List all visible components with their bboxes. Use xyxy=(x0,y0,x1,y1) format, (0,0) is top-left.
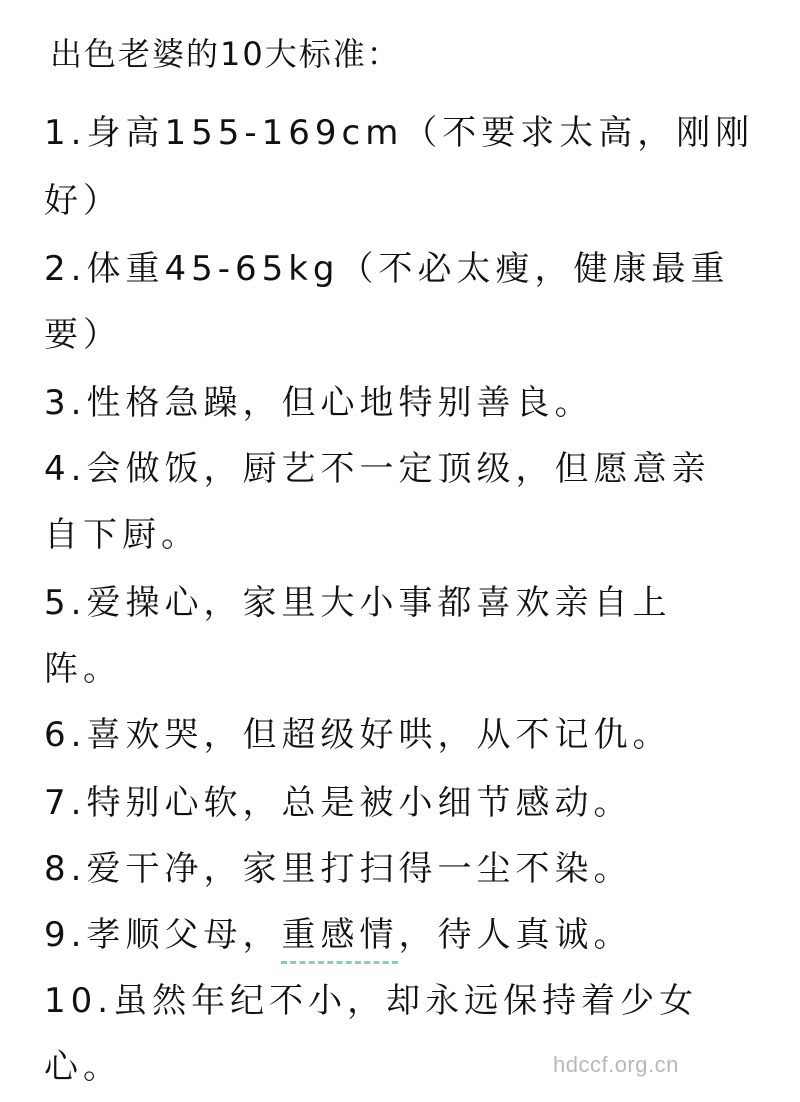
list-item-4-line-2: 自下厨。 xyxy=(44,514,200,556)
list-item-9-before: 9.孝顺父母， xyxy=(44,915,281,955)
document-page: 出色老婆的10大标准： 1.身高155-169cm（不要求太高，刚刚 好） 2.… xyxy=(0,0,800,1102)
document-title: 出色老婆的10大标准： xyxy=(50,34,401,74)
list-item-5-line-1: 5.爱操心，家里大小事都喜欢亲自上 xyxy=(44,582,671,624)
list-item-8: 8.爱干净，家里打扫得一尘不染。 xyxy=(44,848,632,890)
list-item-3: 3.性格急躁，但心地特别善良。 xyxy=(44,382,593,424)
list-item-10-line-2: 心。 xyxy=(44,1046,122,1088)
list-item-9-after: ，待人真诚。 xyxy=(398,915,632,955)
list-item-2-line-2: 要） xyxy=(44,314,122,356)
watermark: hdccf.org.cn xyxy=(553,1052,679,1078)
list-item-6: 6.喜欢哭，但超级好哄，从不记仇。 xyxy=(44,714,671,756)
list-item-4-line-1: 4.会做饭，厨艺不一定顶级，但愿意亲 xyxy=(44,448,710,490)
list-item-7: 7.特别心软，总是被小细节感动。 xyxy=(44,782,632,824)
list-item-1-line-1: 1.身高155-169cm（不要求太高，刚刚 xyxy=(44,112,754,154)
list-item-1-line-2: 好） xyxy=(44,180,122,222)
list-item-5-line-2: 阵。 xyxy=(44,648,122,690)
list-item-9: 9.孝顺父母，重感情，待人真诚。 xyxy=(44,914,632,956)
list-item-2-line-1: 2.体重45-65kg（不必太瘦，健康最重 xyxy=(44,248,730,290)
underlined-keyword-link[interactable]: 重感情 xyxy=(281,915,398,964)
list-item-10-line-1: 10.虽然年纪不小，却永远保持着少女 xyxy=(44,980,698,1022)
